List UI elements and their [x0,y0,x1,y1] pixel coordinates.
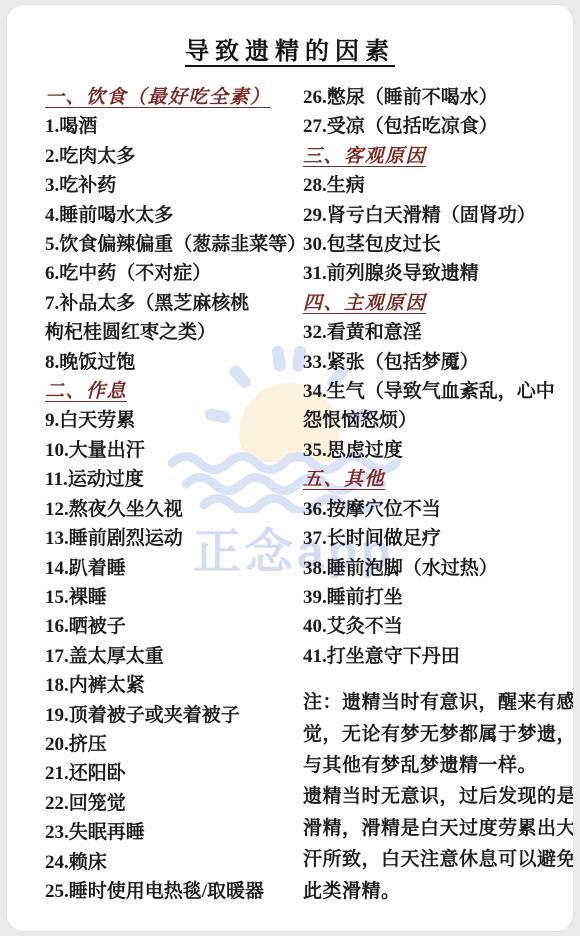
two-column-list: 一、饮食（最好吃全素）1.喝酒2.吃肉太多3.吃补药4.睡前喝水太多5.饮食偏辣… [45,83,569,931]
factor-item: 4.睡前喝水太多 [45,201,303,230]
factor-item: 36.按摩穴位不当 [303,495,574,524]
note-line: 此类滑精。 [303,876,574,907]
right-column-items: 26.憋尿（睡前不喝水）27.受凉（包括吃凉食）三、客观原因28.生病29.肾亏… [303,83,574,671]
note-line: 注：遗精当时有意识，醒来有感 [303,687,574,718]
factor-item: 28.生病 [303,171,574,200]
factor-item: 3.吃补药 [45,171,303,200]
factor-item: 22.回笼觉 [45,789,303,818]
factor-item: 1.喝酒 [45,112,303,141]
factor-item: 27.受凉（包括吃凉食） [303,112,574,141]
factor-item: 37.长时间做足疗 [303,524,574,553]
page-title: 导致遗精的因素 [7,31,573,66]
factor-item: 12.熬夜久坐久视 [45,495,303,524]
factor-item: 25.睡时使用电热毯/取暖器 [45,877,303,906]
factor-item: 枸杞桂圆红枣之类） [45,318,303,347]
note-line: 汗所致，白天注意休息可以避免 [303,844,574,875]
factor-item: 5.饮食偏辣偏重（葱蒜韭菜等） [45,230,303,259]
factor-item: 19.顶着被子或夹着被子 [45,701,303,730]
factor-item: 32.看黄和意淫 [303,318,574,347]
left-column: 一、饮食（最好吃全素）1.喝酒2.吃肉太多3.吃补药4.睡前喝水太多5.饮食偏辣… [45,83,303,931]
factor-item: 17.盖太厚太重 [45,642,303,671]
factor-item: 23.失眠再睡 [45,818,303,847]
note-line: 觉，无论有梦无梦都属于梦遗， [303,719,574,750]
note-line: 遗精当时无意识，过后发现的是 [303,781,574,812]
factor-item: 33.紧张（包括梦魇） [303,348,574,377]
factor-item: 怨恨恼怒烦） [303,406,574,435]
section-heading: 一、饮食（最好吃全素） [45,83,303,112]
note-paragraph: 注：遗精当时有意识，醒来有感觉，无论有梦无梦都属于梦遗，与其他有梦乱梦遗精一样。… [303,687,574,907]
factor-item: 38.睡前泡脚（水过热） [303,554,574,583]
factor-item: 10.大量出汗 [45,436,303,465]
factor-item: 40.艾灸不当 [303,612,574,641]
factor-item: 21.还阳卧 [45,759,303,788]
factor-item: 18.内裤太紧 [45,671,303,700]
factor-item: 39.睡前打坐 [303,583,574,612]
section-heading: 二、作息 [45,377,303,406]
factor-item: 35.思虑过度 [303,436,574,465]
note-line: 与其他有梦乱梦遗精一样。 [303,750,574,781]
factor-item: 30.包茎包皮过长 [303,230,574,259]
factor-item: 24.赖床 [45,848,303,877]
factor-item: 14.趴着睡 [45,554,303,583]
factor-item: 20.挤压 [45,730,303,759]
factor-item: 8.晚饭过饱 [45,348,303,377]
factor-item: 16.晒被子 [45,612,303,641]
document-card: 正念app 导致遗精的因素 一、饮食（最好吃全素）1.喝酒2.吃肉太多3.吃补药… [6,4,574,932]
factor-item: 9.白天劳累 [45,406,303,435]
factor-item: 26.憋尿（睡前不喝水） [303,83,574,112]
section-heading: 三、客观原因 [303,142,574,171]
section-heading: 四、主观原因 [303,289,574,318]
factor-item: 31.前列腺炎导致遗精 [303,259,574,288]
factor-item: 2.吃肉太多 [45,142,303,171]
factor-item: 13.睡前剧烈运动 [45,524,303,553]
factor-item: 7.补品太多（黑芝麻核桃 [45,289,303,318]
factor-item: 29.肾亏白天滑精（固肾功） [303,201,574,230]
right-column: 26.憋尿（睡前不喝水）27.受凉（包括吃凉食）三、客观原因28.生病29.肾亏… [303,83,574,931]
factor-item: 34.生气（导致气血紊乱，心中 [303,377,574,406]
section-heading: 五、其他 [303,465,574,494]
factor-item: 15.裸睡 [45,583,303,612]
factor-item: 41.打坐意守下丹田 [303,642,574,671]
factor-item: 11.运动过度 [45,465,303,494]
note-line: 滑精，滑精是白天过度劳累出大 [303,813,574,844]
factor-item: 6.吃中药（不对症） [45,259,303,288]
